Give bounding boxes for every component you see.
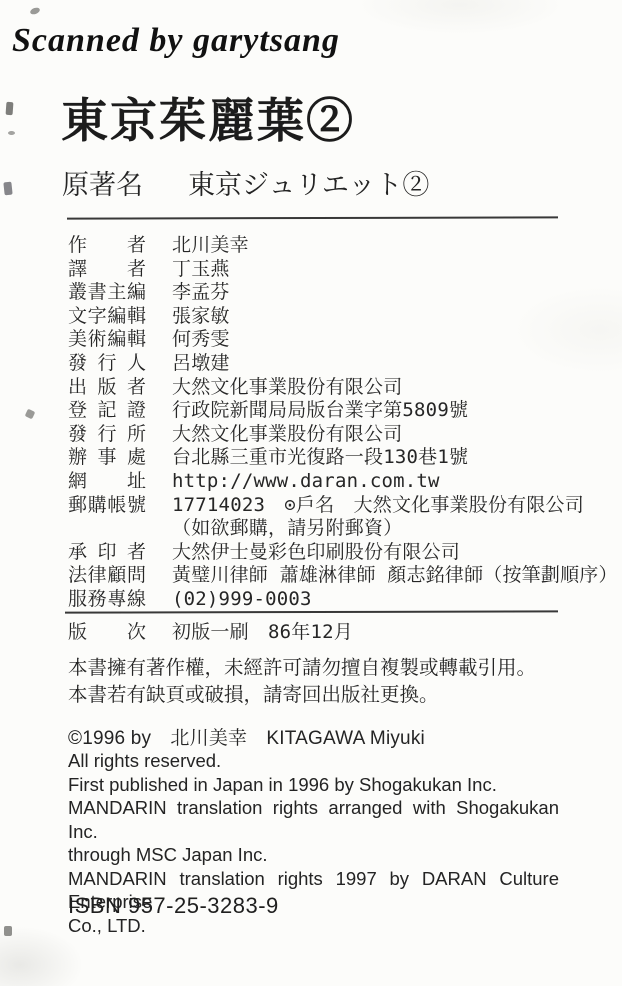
original-title-label: 原著名 (62, 163, 143, 202)
credit-row: 承印者 大然伊士曼彩色印刷股份有限公司 (68, 541, 580, 565)
credit-row: 登記證 行政院新聞局局版台業字第5809號 (68, 399, 580, 423)
book-title: 東京茱麗葉② (61, 84, 355, 151)
credit-label: 辦事處 (68, 446, 146, 470)
credit-value: 台北縣三重市光復路一段130巷1號 (172, 446, 468, 470)
divider-bottom (65, 610, 558, 613)
credit-label: 郵購帳號 (68, 494, 146, 518)
credit-value: 大然伊士曼彩色印刷股份有限公司 (172, 541, 460, 565)
credit-label: 發行所 (68, 423, 146, 447)
credit-value: （如欲郵購，請另附郵資） (172, 517, 402, 541)
scan-artifact (4, 926, 12, 936)
credit-label: 出版者 (68, 376, 146, 400)
credit-label: 網址 (68, 470, 146, 494)
credit-label: 服務專線 (68, 588, 146, 612)
credit-row: 文字編輯 張家敏 (68, 305, 580, 329)
notice-line: 本書擁有著作權，未經許可請勿擅自複製或轉載引用。 (68, 655, 536, 682)
credit-value: 大然文化事業股份有限公司 (172, 376, 402, 400)
credit-label: 承印者 (68, 541, 146, 565)
copyright-notices: 本書擁有著作權，未經許可請勿擅自複製或轉載引用。 本書若有缺頁或破損，請寄回出版… (68, 655, 536, 708)
edition-value: 初版一刷 86年12月 (172, 621, 353, 645)
scan-artifact (8, 131, 15, 135)
scan-artifact (29, 6, 40, 15)
credit-row: 網址 http://www.daran.com.tw (68, 470, 580, 494)
credit-label: 作者 (68, 234, 146, 258)
copyright-author-line: ©1996 by 北川美幸 KITAGAWA Miyuki (68, 723, 425, 750)
credit-label: 譯者 (68, 258, 146, 282)
isbn-number: ISBN 957-25-3283-9 (68, 893, 279, 919)
edition-row: 版次 初版一刷 86年12月 (68, 621, 580, 645)
credit-row: 法律顧問 黃璧川律師 蕭雄淋律師 顏志銘律師（按筆劃順序） (68, 564, 580, 588)
scanner-credit-text: Scanned by garytsang (12, 22, 340, 60)
notice-line: 本書若有缺頁或破損，請寄回出版社更換。 (68, 682, 536, 709)
credit-label: 美術編輯 (68, 328, 146, 352)
credit-value: 17714023 ⊙戶名 大然文化事業股份有限公司 (172, 494, 584, 518)
credit-value: 大然文化事業股份有限公司 (172, 423, 402, 447)
credit-row: 美術編輯 何秀雯 (68, 328, 580, 352)
credit-row: 發行所 大然文化事業股份有限公司 (68, 423, 580, 447)
original-title-row: 原著名 東京ジュリエット② (62, 163, 429, 202)
publication-credits: 作者 北川美幸 譯者 丁玉燕 叢書主編 李孟芬 文字編輯 張家敏 美術編輯 何秀… (68, 234, 580, 612)
credit-value: 何秀雯 (172, 328, 230, 352)
credit-value: 呂墩建 (172, 352, 230, 376)
copyright-line: First published in Japan in 1996 by Shog… (68, 773, 559, 797)
credit-label: 法律顧問 (68, 564, 146, 588)
credit-value: (02)999-0003 (172, 588, 312, 612)
credit-value: 黃璧川律師 蕭雄淋律師 顏志銘律師（按筆劃順序） (172, 564, 618, 588)
credit-label: 發行人 (68, 352, 146, 376)
credit-value: 丁玉燕 (172, 258, 230, 282)
original-title: 東京ジュリエット② (188, 163, 429, 202)
credit-value: http://www.daran.com.tw (172, 470, 440, 494)
credit-row: 郵購帳號 17714023 ⊙戶名 大然文化事業股份有限公司 (68, 494, 580, 518)
credit-row: 辦事處 台北縣三重市光復路一段130巷1號 (68, 446, 580, 470)
copyright-line: MANDARIN translation rights arranged wit… (68, 796, 559, 843)
edition-label: 版次 (68, 621, 146, 645)
credit-row: 出版者 大然文化事業股份有限公司 (68, 376, 580, 400)
credit-row: 服務專線 (02)999-0003 (68, 588, 580, 612)
scan-artifact (6, 102, 14, 115)
scan-artifact (25, 409, 36, 420)
scan-artifact (3, 182, 12, 196)
credit-row: 作者 北川美幸 (68, 234, 580, 258)
credit-label: 叢書主編 (68, 281, 146, 305)
credit-row: 譯者 丁玉燕 (68, 258, 580, 282)
credit-value: 張家敏 (172, 305, 230, 329)
copyright-line: through MSC Japan Inc. (68, 843, 559, 867)
credit-label: 登記證 (68, 399, 146, 423)
credit-label: 文字編輯 (68, 305, 146, 329)
credit-row: 叢書主編 李孟芬 (68, 281, 580, 305)
divider-top (67, 216, 558, 219)
credit-value: 北川美幸 (172, 234, 249, 258)
scanned-colophon-page: Scanned by garytsang 東京茱麗葉② 原著名 東京ジュリエット… (0, 0, 622, 986)
credit-row: （如欲郵購，請另附郵資） (68, 517, 580, 541)
credit-row: 發行人 呂墩建 (68, 352, 580, 376)
copyright-line: All rights reserved. (68, 749, 559, 773)
credit-value: 李孟芬 (172, 281, 230, 305)
credit-value: 行政院新聞局局版台業字第5809號 (172, 399, 468, 423)
